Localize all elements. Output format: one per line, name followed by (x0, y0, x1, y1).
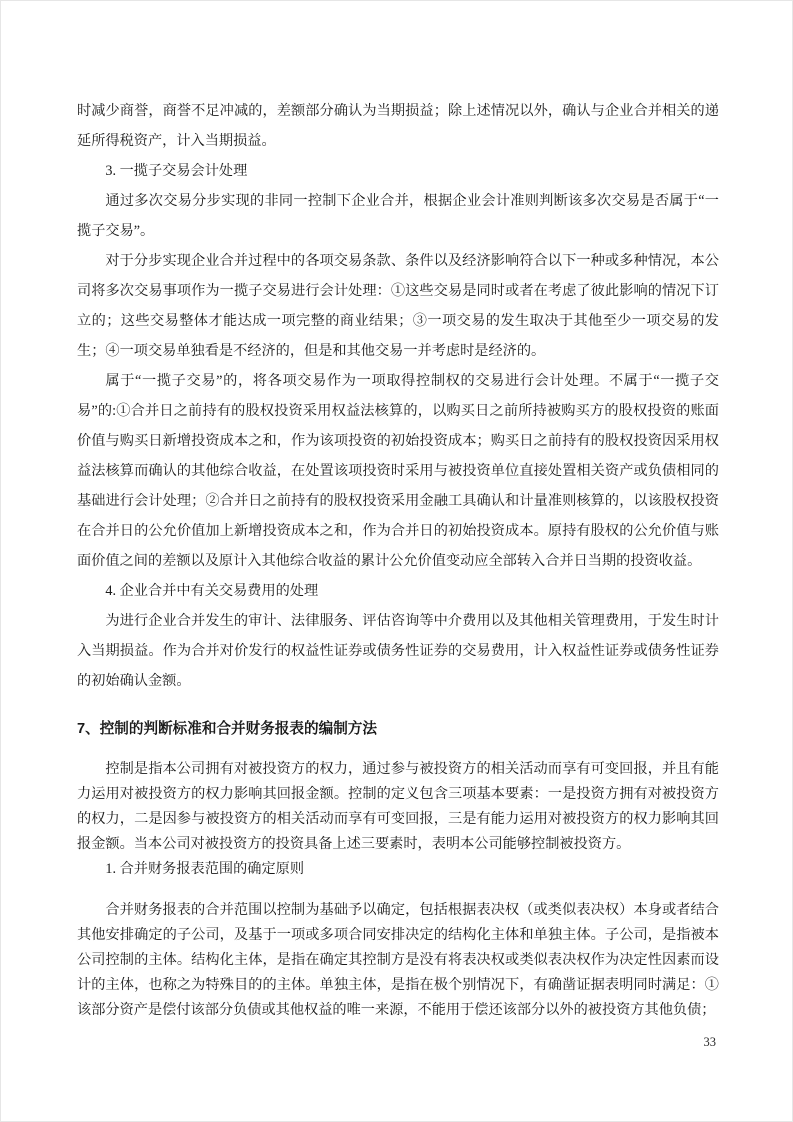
subsection-heading-consolidation-scope: 1. 合并财务报表范围的确定原则 (77, 857, 719, 882)
document-page: 时减少商誉，商誉不足冲减的，差额部分确认为当期损益；除上述情况以外，确认与企业合… (0, 0, 793, 1122)
paragraph-control-definition: 控制是指本公司拥有对被投资方的权力，通过参与被投资方的相关活动而享有可变回报，并… (77, 757, 719, 857)
paragraph-consolidation-scope: 合并财务报表的合并范围以控制为基础予以确定，包括根据表决权（或类似表决权）本身或… (77, 898, 719, 1023)
paragraph-multi-step-transactions: 通过多次交易分步实现的非同一控制下企业合并，根据企业会计准则判断该多次交易是否属… (77, 186, 719, 246)
paragraph-package-deal-criteria: 对于分步实现企业合并过程中的各项交易条款、条件以及经济影响符合以下一种或多种情况… (77, 246, 719, 366)
subsection-heading-transaction-fees: 4. 企业合并中有关交易费用的处理 (77, 576, 719, 606)
paragraph-transaction-fees: 为进行企业合并发生的审计、法律服务、评估咨询等中介费用以及其他相关管理费用，于发… (77, 606, 719, 696)
page-number: 33 (704, 1035, 717, 1050)
subsection-heading-package-deal: 3. 一揽子交易会计处理 (77, 156, 719, 186)
paragraph-package-deal-accounting: 属于“一揽子交易”的，将各项交易作为一项取得控制权的交易进行会计处理。不属于“一… (77, 366, 719, 576)
paragraph-goodwill-continuation: 时减少商誉，商誉不足冲减的，差额部分确认为当期损益；除上述情况以外，确认与企业合… (77, 96, 719, 156)
document-body: 时减少商誉，商誉不足冲减的，差额部分确认为当期损益；除上述情况以外，确认与企业合… (77, 96, 719, 1023)
section-heading-control-criteria: 7、控制的判断标准和合并财务报表的编制方法 (77, 714, 719, 744)
